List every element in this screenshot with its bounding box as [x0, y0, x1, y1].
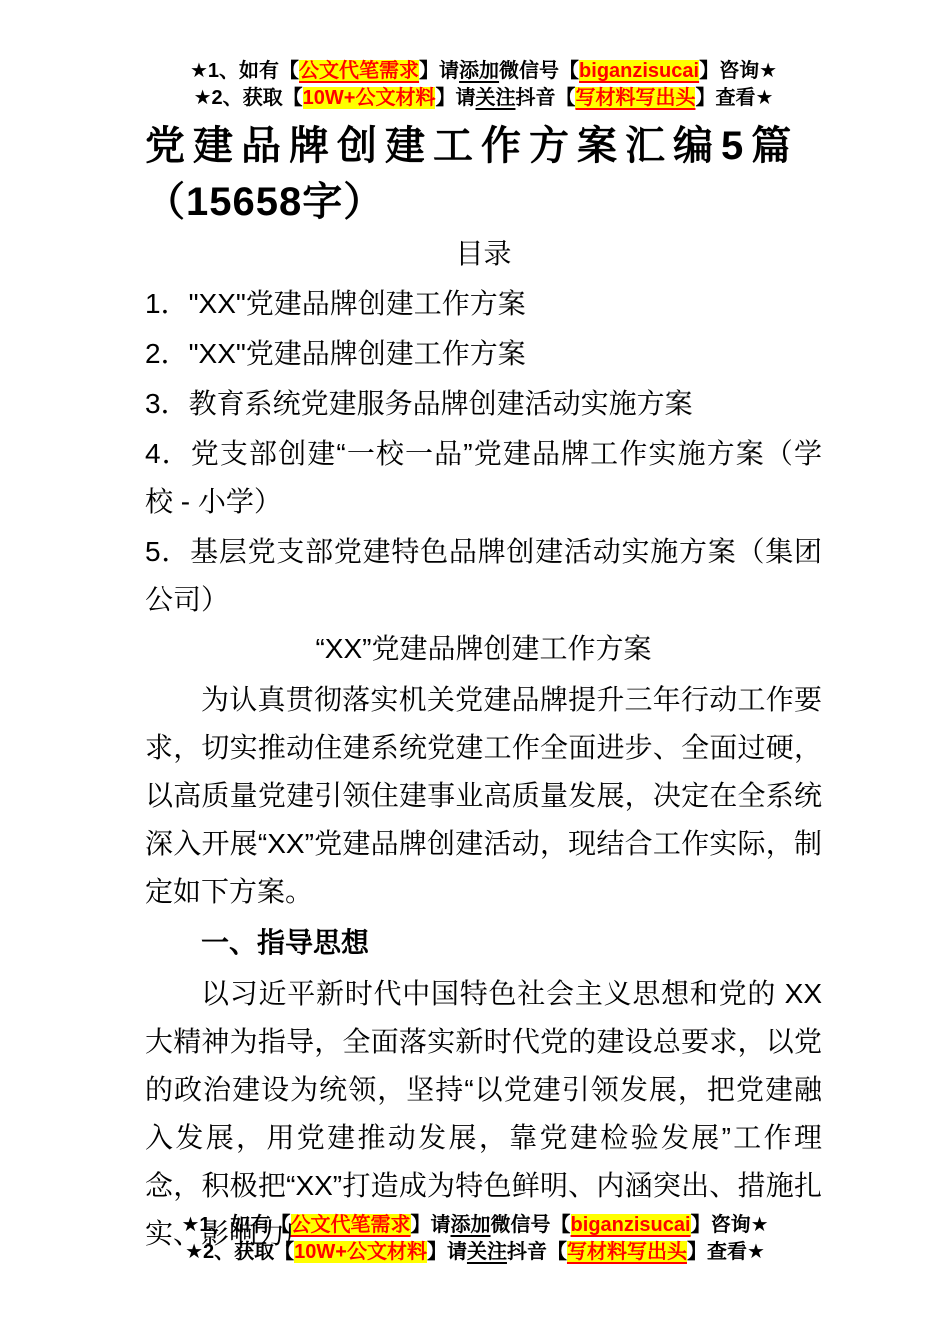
paragraph-intro: 为认真贯彻落实机关党建品牌提升三年行动工作要求，切实推动住建系统党建工作全面进步…: [145, 676, 822, 916]
header-promo-line-1: ★1、如有【公文代笔需求】请添加微信号【biganzisucai】咨询★: [145, 58, 822, 85]
promo-text: 】请: [435, 87, 475, 109]
document-page: ★1、如有【公文代笔需求】请添加微信号【biganzisucai】咨询★ ★2、…: [0, 0, 950, 1344]
heading-guiding-ideology: 一、指导思想: [145, 920, 822, 966]
promo-underline-add: 添加: [451, 1214, 491, 1236]
promo-highlight-materials: 10W+公文材料: [294, 1241, 427, 1263]
promo-highlight-wechat-id: biganzisucai: [571, 1214, 691, 1236]
footer-promo: ★1、如有【公文代笔需求】请添加微信号【biganzisucai】咨询★ ★2、…: [0, 1212, 950, 1266]
toc-item: 5．基层党支部党建特色品牌创建活动实施方案（集团公司）: [145, 528, 822, 624]
promo-underline-follow: 关注: [467, 1241, 507, 1263]
promo-highlight-wechat-id: biganzisucai: [579, 60, 699, 82]
promo-text: 】咨询★: [691, 1214, 769, 1236]
promo-text: ★1、如有【: [190, 60, 299, 82]
toc-item: 1．"XX"党建品牌创建工作方案: [145, 280, 822, 328]
toc-heading: 目录: [145, 232, 822, 276]
document-title-line-2: （15658字）: [145, 180, 384, 224]
promo-text: ★2、获取【: [185, 1241, 294, 1263]
document-title: 党建品牌创建工作方案汇编5篇（15658字）: [145, 118, 822, 230]
section-title: “XX”党建品牌创建工作方案: [145, 626, 822, 672]
promo-text: 微信号【: [491, 1214, 571, 1236]
footer-promo-line-2: ★2、获取【10W+公文材料】请关注抖音【写材料写出头】查看★: [0, 1239, 950, 1266]
document-title-line-1: 党建品牌创建工作方案汇编5篇: [145, 124, 799, 168]
promo-highlight-materials: 10W+公文材料: [303, 87, 436, 109]
promo-highlight-douyin-id: 写材料写出头: [567, 1241, 687, 1263]
promo-highlight-writing-service: 公文代笔需求: [299, 60, 419, 82]
toc-item: 3．教育系统党建服务品牌创建活动实施方案: [145, 380, 822, 428]
promo-text: ★1、如有【: [181, 1214, 290, 1236]
promo-text: 】请: [411, 1214, 451, 1236]
promo-text: 】请: [427, 1241, 467, 1263]
footer-promo-line-1: ★1、如有【公文代笔需求】请添加微信号【biganzisucai】咨询★: [0, 1212, 950, 1239]
promo-highlight-douyin-id: 写材料写出头: [575, 87, 695, 109]
promo-underline-add: 添加: [459, 60, 499, 82]
promo-text: 】请: [419, 60, 459, 82]
promo-underline-follow: 关注: [475, 87, 515, 109]
header-promo-line-2: ★2、获取【10W+公文材料】请关注抖音【写材料写出头】查看★: [145, 85, 822, 112]
toc-item: 4．党支部创建“一校一品”党建品牌工作实施方案（学校 - 小学）: [145, 430, 822, 526]
promo-text: ★2、获取【: [194, 87, 303, 109]
promo-highlight-writing-service: 公文代笔需求: [291, 1214, 411, 1236]
promo-text: 】咨询★: [699, 60, 777, 82]
promo-text: 】查看★: [687, 1241, 765, 1263]
toc-list: 1．"XX"党建品牌创建工作方案2．"XX"党建品牌创建工作方案3．教育系统党建…: [145, 280, 822, 624]
promo-text: 】查看★: [695, 87, 773, 109]
promo-text: 微信号【: [499, 60, 579, 82]
promo-text: 抖音【: [507, 1241, 567, 1263]
promo-text: 抖音【: [515, 87, 575, 109]
toc-item: 2．"XX"党建品牌创建工作方案: [145, 330, 822, 378]
header-promo: ★1、如有【公文代笔需求】请添加微信号【biganzisucai】咨询★ ★2、…: [145, 58, 822, 112]
